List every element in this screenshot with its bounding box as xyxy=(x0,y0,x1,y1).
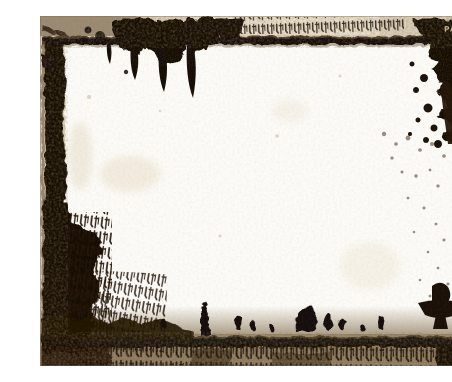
grain-overlay xyxy=(40,16,452,366)
grunge-frame-graphic: РАДРЕВНИ xyxy=(40,16,452,366)
grunge-border-image: РАДРЕВНИ xyxy=(40,16,452,366)
